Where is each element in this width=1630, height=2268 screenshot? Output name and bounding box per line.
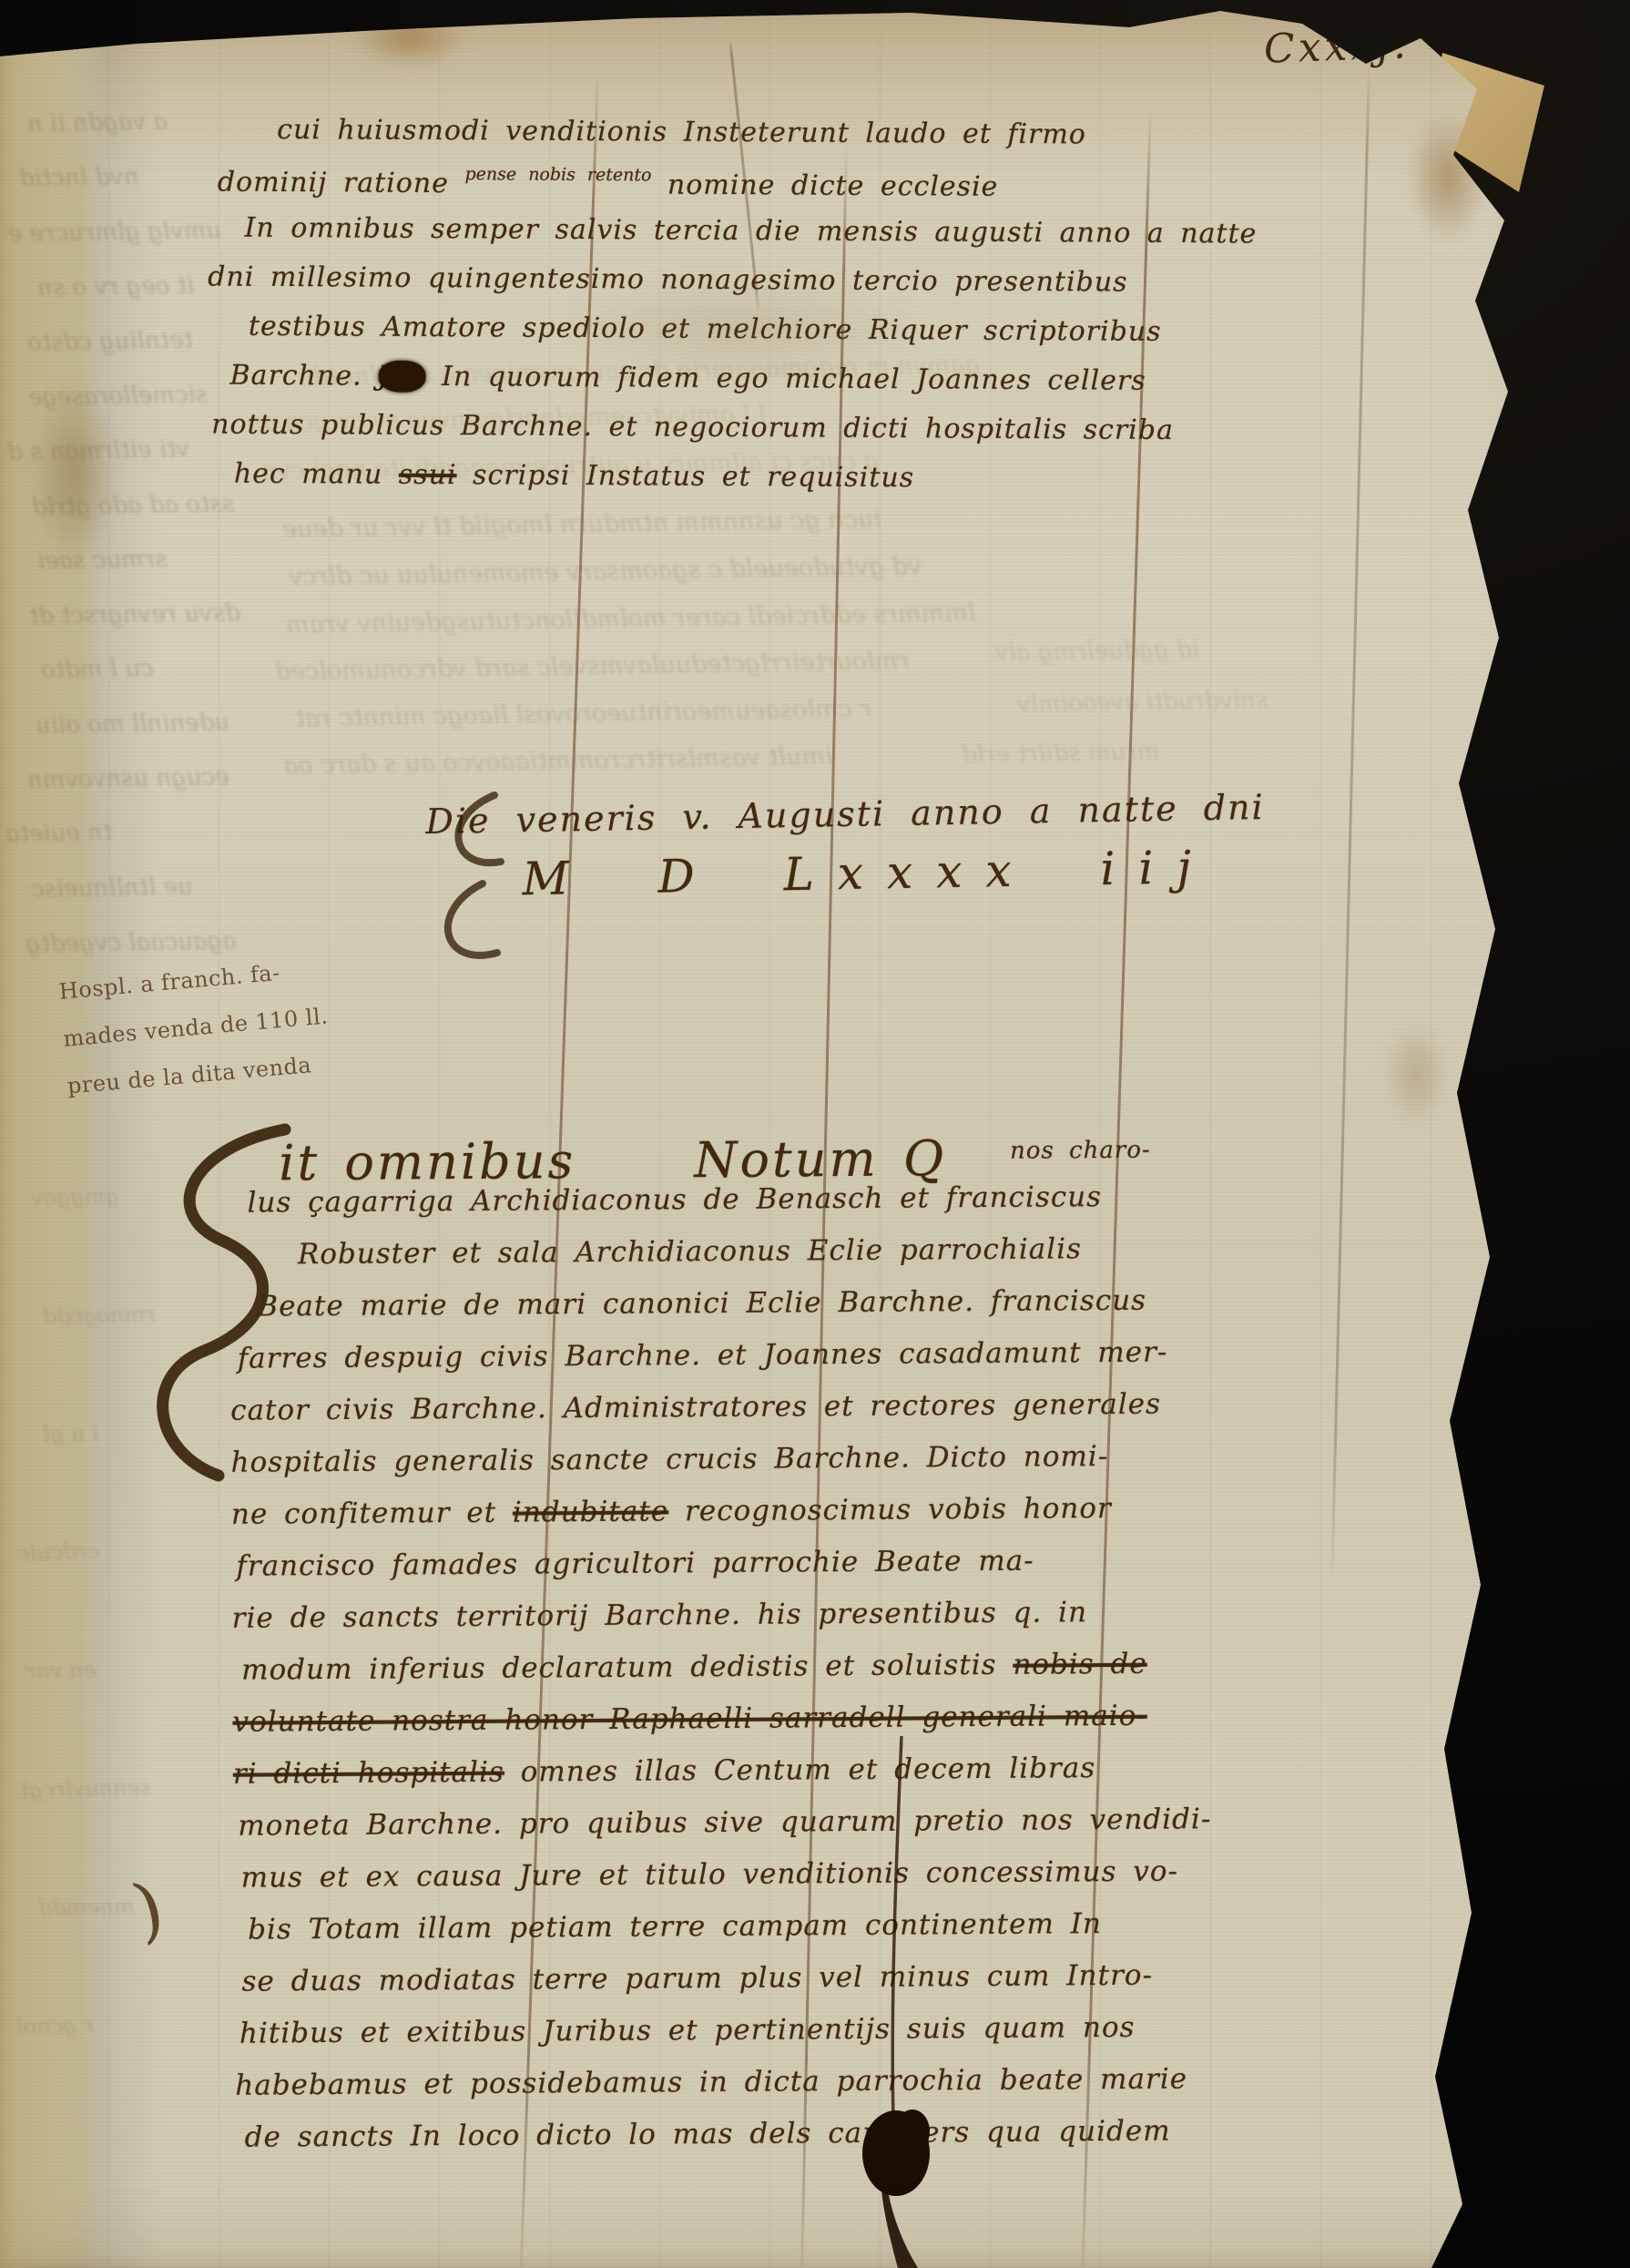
text-segment: cui huiusmodi venditionis Insteterunt la…: [277, 114, 1086, 150]
show-through-line: imult vasmlsritrcrommtiaaovco au s darc …: [283, 742, 833, 781]
show-through-line: gmggov: [31, 1183, 119, 1211]
show-through-line: udeninll mo oiiu: [36, 709, 230, 740]
show-through-line: id ggduelrmg alv: [995, 636, 1200, 667]
show-through-line: snivdrudti aveooimlv: [1017, 687, 1268, 719]
show-through-line: tn euieta: [5, 819, 113, 848]
manuscript-line: voluntate nostra honor Raphaelli sarrade…: [232, 1699, 1210, 1757]
manuscript-line: hec manu ssui scripsi Instatus et requis…: [234, 458, 1256, 514]
text-segment: nottus publicus Barchne. et negociorum d…: [211, 409, 1174, 446]
show-through-line: ecugn usnvovmn: [27, 763, 229, 794]
manuscript-line: In omnibus semper salvis tercia die mens…: [244, 212, 1257, 268]
manuscript-line: farres despuig civis Barchne. et Joannes…: [238, 1335, 1208, 1394]
manuscript-line: ri dicti hospitalis omnes illas Centum e…: [233, 1751, 1211, 1809]
show-through-line: cu l mdto: [41, 655, 154, 684]
text-segment: modum inferius declaratum dedistis et so…: [241, 1649, 1013, 1687]
date-year-roman: M D Lxxxx iij: [522, 840, 1266, 905]
paper-stain: [351, 9, 469, 67]
manuscript-line: bis Totam illam petiam terre campam cont…: [248, 1906, 1212, 1965]
manuscript-line: nottus publicus Barchne. et negociorum d…: [211, 409, 1256, 465]
margin-note: Hospl. a franch. fa- mades venda de 110 …: [58, 956, 335, 1121]
text-segment: moneta Barchne. pro quibus sive quarum p…: [238, 1803, 1211, 1842]
text-segment: Barchne.: [229, 360, 378, 393]
text-segment: ssui: [399, 459, 457, 491]
text-segment: recognoscimus vobis honor: [668, 1492, 1112, 1527]
show-through-line: nvd lnctid: [19, 163, 139, 192]
manuscript-line: hospitalis generalis sancte crucis Barch…: [230, 1439, 1208, 1497]
text-segment: ne confitemur et: [231, 1497, 513, 1531]
manuscript-line: Barchne. Jno In quorum fidem ego michael…: [229, 360, 1256, 415]
text-segment: it omnibus: [279, 1132, 576, 1191]
scan-background: a vagdn ii nnvd lnctidumvlg glmrucre eit…: [0, 0, 1630, 2268]
text-segment: se duas modiatas terre parum plus vel mi…: [241, 1959, 1153, 1998]
text-segment: nobis de: [1013, 1648, 1147, 1681]
date-line: Die veneris v. Augusti anno a natte dni: [425, 787, 1265, 842]
show-through-line: r cmlosaeumeorintueorovosl liaogc minntc…: [295, 694, 872, 732]
text-segment: In omnibus semper salvis tercia die mens…: [244, 212, 1257, 250]
show-through-line: mnemdd: [38, 1894, 135, 1921]
text-segment: ri dicti hospitalis: [233, 1756, 504, 1791]
text-segment: hospitalis generalis sancte crucis Barch…: [230, 1440, 1108, 1479]
text-segment: rie de sancts territorij Barchne. his pr…: [232, 1596, 1088, 1635]
show-through-line: it oeg rv o sn: [37, 271, 195, 301]
text-segment: Jno: [378, 361, 426, 393]
text-segment: Robuster et sala Archidiaconus Eclie par…: [298, 1232, 1082, 1271]
text-segment: voluntate nostra honor Raphaelli sarrade…: [232, 1700, 1147, 1739]
manuscript-line: habebamus et possidebamus in dicta parro…: [235, 2062, 1213, 2120]
show-through-line: ue ltnllnueisc: [31, 873, 193, 903]
manuscript-line: dominij ratione pense nobis retento nomi…: [218, 163, 1258, 219]
text-segment: indubitate: [513, 1495, 668, 1528]
text-segment: omnes illas Centum et decem libras: [504, 1752, 1096, 1789]
show-through-line: srmuc saei: [37, 546, 168, 575]
text-segment: cator civis Barchne. Administratores et …: [230, 1388, 1161, 1427]
paper-stain: [31, 378, 118, 569]
show-through-line: ssto ad ado gtrld: [32, 490, 235, 521]
text-segment: pense nobis retento: [464, 164, 651, 185]
manuscript-line: moneta Barchne. pro quibus sive quarum p…: [238, 1803, 1211, 1861]
text-segment: scripsi Instatus et requisitus: [456, 459, 914, 494]
show-through-line: sennuvlrcgt: [20, 1775, 152, 1803]
manuscript-line: dni millesimo quingentesimo nonagesimo t…: [208, 261, 1257, 316]
manuscript-line: cator civis Barchne. Administratores et …: [230, 1387, 1208, 1446]
show-through-line: vti eitlrmon s d: [7, 435, 190, 465]
manuscript-line: Beate marie de mari canonici Eclie Barch…: [257, 1283, 1207, 1342]
manuscript-line: francisco famades agricultori parrochie …: [236, 1543, 1209, 1601]
text-segment: habebamus et possidebamus in dicta parro…: [235, 2062, 1187, 2101]
text-segment: hec manu: [234, 458, 399, 491]
text-segment: de sancts In loco dicto lo mas dels carn…: [245, 2115, 1171, 2154]
text-segment: hitibus et exitibus Juribus et pertinent…: [239, 2011, 1136, 2050]
show-through-line: agaucaal cvgedtg: [25, 927, 237, 958]
show-through-line: rmnogcdd: [42, 1302, 155, 1329]
manuscript-line: Robuster et sala Archidiaconus Eclie par…: [298, 1231, 1207, 1290]
manuscript-page: a vagdn ii nnvd lnctidumvlg glmrucre eit…: [0, 0, 1630, 2268]
manuscript-line: lus çagarriga Archidiaconus de Benasch e…: [247, 1180, 1207, 1238]
manuscript-line: modum inferius declaratum dedistis et so…: [241, 1647, 1210, 1705]
text-segment: nomine dicte ecclesie: [651, 169, 998, 202]
text-segment: In quorum fidem ego michael Joannes cell…: [425, 361, 1146, 397]
text-segment: dni millesimo quingentesimo nonagesimo t…: [208, 261, 1128, 298]
closing-formula-block: cui huiusmodi venditionis Insteterunt la…: [207, 113, 1258, 513]
manuscript-line: mus et ex causa Jure et titulo vendition…: [241, 1854, 1212, 1913]
text-segment: mus et ex causa Jure et titulo vendition…: [241, 1855, 1179, 1895]
manuscript-line: de sancts In loco dicto lo mas dels carn…: [245, 2114, 1214, 2172]
text-segment: dominij ratione: [218, 167, 465, 200]
notarial-paraph: [1468, 776, 1586, 1058]
show-through-line: a vagdn ii n: [27, 108, 168, 138]
text-segment: bis Totam illam petiam terre campam cont…: [248, 1907, 1102, 1946]
manuscript-line: ne confitemur et indubitate recognoscimu…: [231, 1491, 1209, 1549]
text-segment: lus çagarriga Archidiaconus de Benasch e…: [247, 1180, 1102, 1220]
show-through-line: vd gvtudoeueld c sgaomsarv emomenuluu uc…: [289, 552, 922, 591]
show-through-line: dsvu revngrsct dt: [28, 599, 239, 630]
main-text-block: it omnibusNotum Qnos charo-lus çagarriga…: [229, 1128, 1214, 2172]
show-through-line: crdcuic: [16, 1538, 99, 1566]
show-through-line: iucn gc usnnmm ntmdurn lmogiid tl vvr ur…: [282, 505, 881, 543]
text-segment: nos charo-: [1010, 1137, 1151, 1165]
text-segment: Beate marie de mari canonici Eclie Barch…: [257, 1284, 1146, 1323]
manuscript-line: it omnibusNotum Qnos charo-: [279, 1128, 1207, 1186]
vertical-crease-line: [1330, 62, 1370, 1574]
folio-number: Cxxxj.: [1263, 21, 1410, 73]
text-segment: farres despuig civis Barchne. et Joannes…: [238, 1336, 1168, 1375]
show-through-line: umvlg glmrucre e: [8, 217, 222, 248]
manuscript-line: rie de sancts territorij Barchne. his pr…: [232, 1595, 1210, 1653]
paper-stain: [1384, 1020, 1448, 1129]
text-segment: francisco famades agricultori parrochie …: [236, 1545, 1034, 1583]
show-through-line: r gcnol: [16, 2012, 95, 2038]
manuscript-line: testibus Amatore spediolo et melchiore R…: [249, 311, 1257, 366]
margin-crescent-mark: ): [126, 1867, 172, 1954]
manuscript-line: se duas modiatas terre parum plus vel mi…: [241, 1958, 1212, 2017]
show-through-line: tetnliug cdsto: [26, 326, 192, 356]
show-through-line: en vnr: [25, 1657, 97, 1683]
date-heading: Die veneris v. Augusti anno a natte dni …: [425, 787, 1266, 907]
manuscript-line: cui huiusmodi venditionis Insteterunt la…: [277, 114, 1258, 169]
show-through-line: mrum sdilrt erld: [962, 738, 1160, 769]
show-through-line: sicmellorasege: [28, 381, 209, 411]
show-through-line: i u gl: [43, 1420, 99, 1446]
text-segment: Notum Q: [694, 1129, 946, 1189]
text-segment: testibus Amatore spediolo et melchiore R…: [249, 311, 1162, 348]
manuscript-line: hitibus et exitibus Juribus et pertinent…: [239, 2010, 1213, 2069]
show-through-line: lmmmrs eddrciedl carer molmdllonctutusgd…: [286, 598, 976, 639]
show-through-line: rmlourteirrlgcteduulavmsvelc sard vdrcon…: [275, 647, 911, 686]
